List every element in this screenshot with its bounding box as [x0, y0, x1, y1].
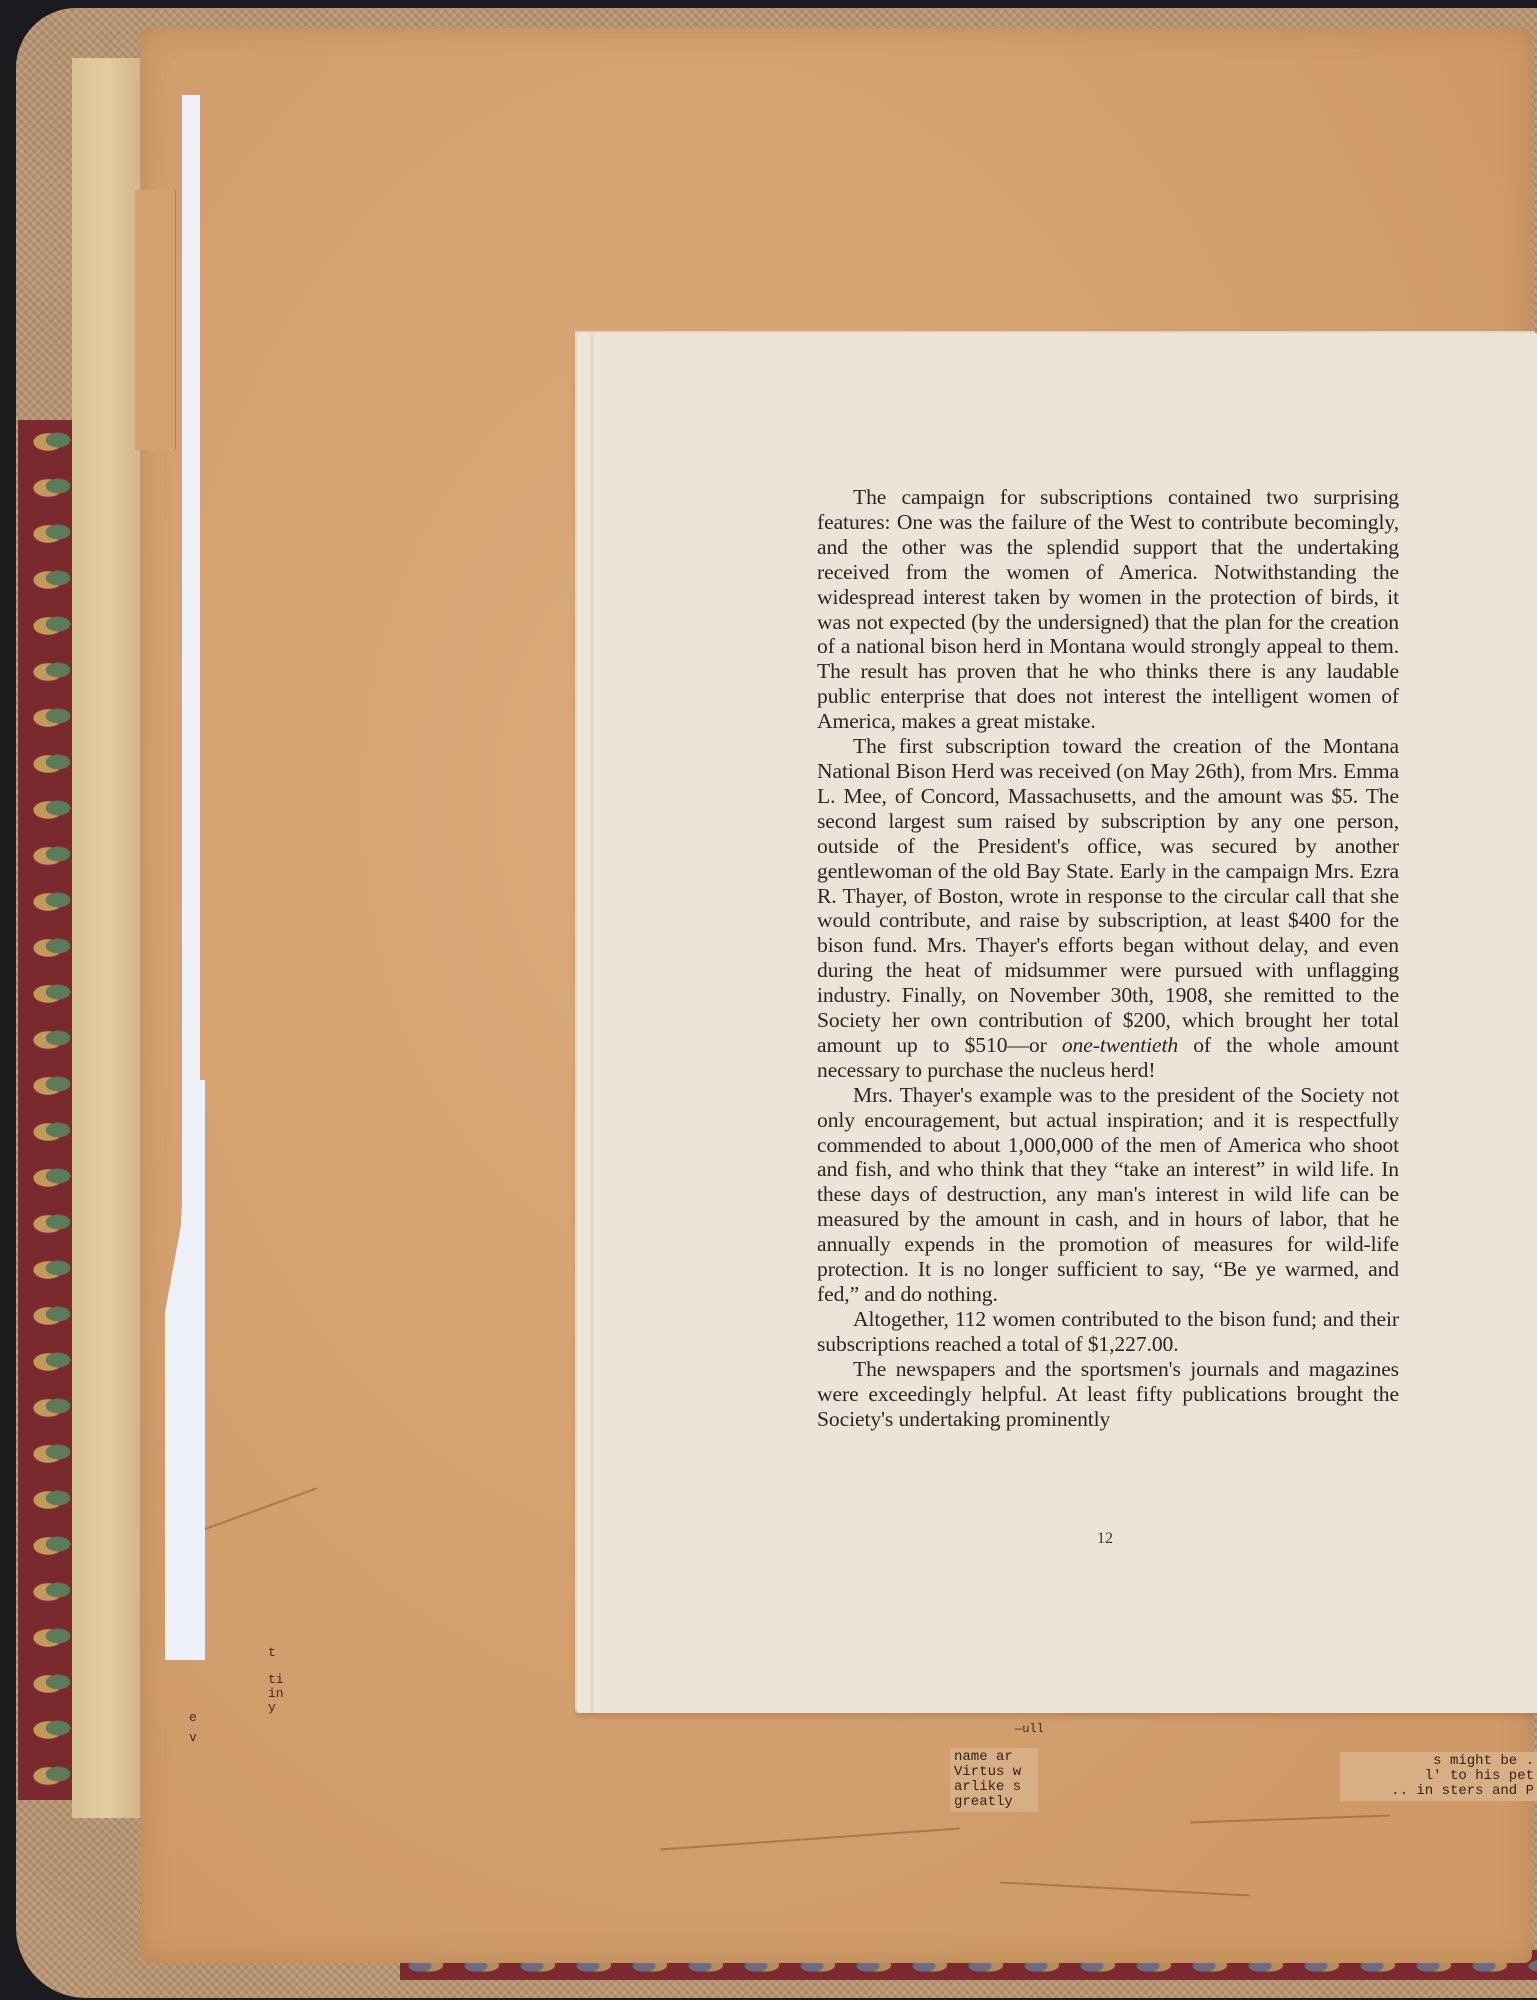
- paper-crack: [660, 1828, 959, 1851]
- newspaper-fragment-left: name ar Virtus w arlike s greatly: [950, 1748, 1038, 1812]
- book-gutter: [72, 58, 144, 1818]
- margin-letter: t: [268, 1645, 276, 1660]
- paper-crack: [1190, 1815, 1390, 1824]
- torn-page-tab: [135, 190, 176, 450]
- paper-crack: [203, 1488, 316, 1531]
- paragraph: Altogether, 112 women contributed to the…: [817, 1307, 1399, 1357]
- body-text: The campaign for subscriptions contained…: [817, 485, 1399, 1431]
- newspaper-fragment-header: —ull: [1015, 1722, 1044, 1736]
- page-number: 12: [1097, 1530, 1113, 1548]
- paragraph: Mrs. Thayer's example was to the preside…: [817, 1083, 1399, 1307]
- marbled-endpaper-left: [18, 420, 76, 1800]
- paragraph: The first subscription toward the creati…: [817, 734, 1399, 1083]
- spine-letter: v: [189, 1730, 197, 1745]
- italic-emphasis: one-twentieth: [1062, 1033, 1178, 1057]
- paragraph: The campaign for subscriptions contained…: [817, 485, 1399, 734]
- spine-letter: e: [189, 1710, 197, 1725]
- margin-letter: y: [268, 1700, 276, 1715]
- printed-page: The campaign for subscriptions contained…: [577, 333, 1537, 1713]
- newspaper-fragment-right: s might be . l' to his pet .. in sters a…: [1340, 1752, 1537, 1801]
- margin-letter: ti: [268, 1672, 284, 1687]
- paper-crack: [1000, 1881, 1250, 1896]
- margin-letter: in: [268, 1686, 284, 1701]
- paragraph: The newspapers and the sportsmen's journ…: [817, 1357, 1399, 1432]
